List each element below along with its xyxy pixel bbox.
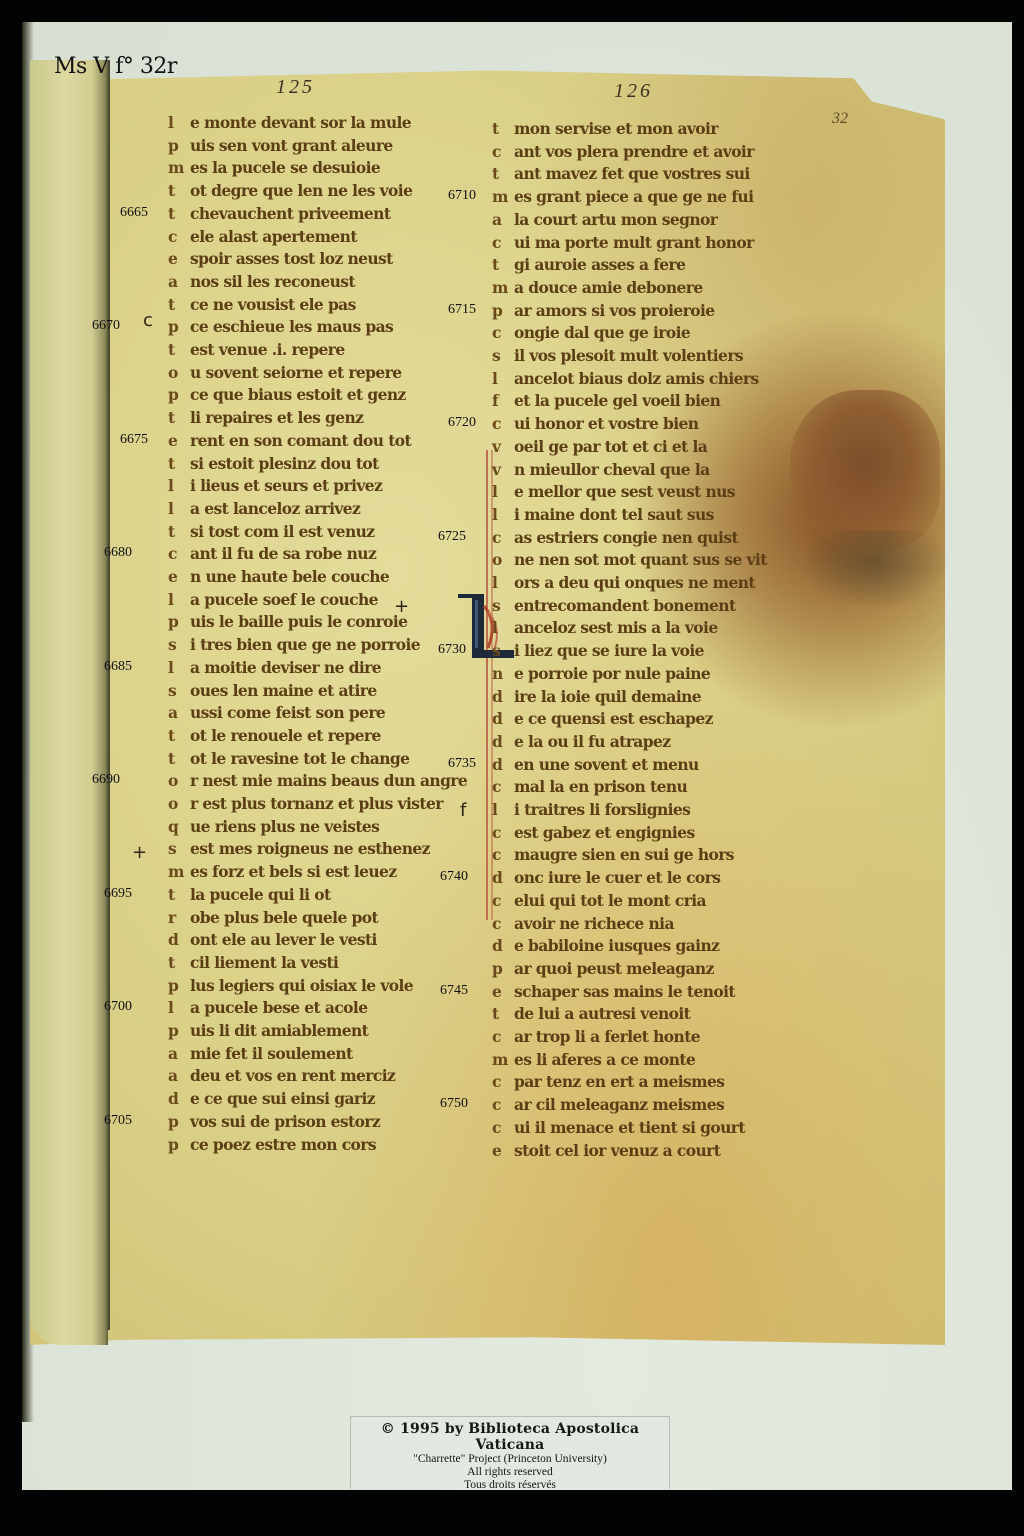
copyright-rights-en: All rights reserved: [351, 1466, 669, 1479]
verse-line: erent en son comant dou tot: [168, 430, 411, 452]
verse-line: tsi estoit plesinz dou tot: [168, 453, 379, 475]
verse-text: ongie dal que ge iroie: [514, 323, 690, 342]
verse-line: eschaper sas mains le tenoit: [492, 981, 735, 1003]
verse-initial: t: [492, 118, 514, 140]
verse-text: est gabez et engignies: [514, 823, 695, 842]
verse-line: tmon servise et mon avoir: [492, 118, 718, 140]
verse-line: sentrecomandent bonement: [492, 595, 736, 617]
verse-text: spoir asses tost loz neust: [190, 249, 393, 268]
verse-text: de lui a autresi venoit: [514, 1004, 690, 1023]
verse-initial: t: [168, 725, 190, 747]
verse-text: ire la ioie quil demaine: [514, 687, 701, 706]
verse-initial: t: [168, 180, 190, 202]
verse-initial: m: [168, 157, 190, 179]
verse-text: ors a deu qui onques ne ment: [514, 573, 755, 592]
verse-text: u sovent seiorne et repere: [190, 363, 402, 382]
verse-initial: t: [168, 339, 190, 361]
verse-line: or est plus tornanz et plus vister: [168, 793, 443, 815]
verse-initial: d: [492, 867, 514, 889]
verse-line: tsi tost com il est venuz: [168, 521, 375, 543]
verse-text: onc iure le cuer et le cors: [514, 868, 720, 887]
line-number: 6740: [440, 869, 468, 885]
verse-text: en une sovent et menu: [514, 755, 699, 774]
verse-text: a pucele bese et acole: [190, 998, 367, 1017]
verse-initial: v: [492, 436, 514, 458]
verse-initial: m: [492, 277, 514, 299]
verse-text: est mes roigneus ne esthenez: [190, 839, 430, 858]
verse-line: test venue .i. repere: [168, 339, 345, 361]
verse-text: ot degre que len ne les voie: [190, 181, 412, 200]
verse-line: puis sen vont grant aleure: [168, 135, 393, 157]
verse-text: ce que biaus estoit et genz: [190, 385, 406, 404]
verse-text: ce ne vousist ele pas: [190, 295, 356, 314]
verse-text: e ce que sui einsi gariz: [190, 1089, 375, 1108]
verse-line: plus legiers qui oisiax le vole: [168, 975, 413, 997]
verse-text: e la ou il fu atrapez: [514, 732, 670, 751]
verse-initial: l: [168, 498, 190, 520]
verse-line: voeil ge par tot et ci et la: [492, 436, 707, 458]
verse-text: uis sen vont grant aleure: [190, 136, 393, 155]
verse-line: tcil liement la vesti: [168, 952, 338, 974]
verse-line: cmal la en prison tenu: [492, 776, 687, 798]
verse-text: i tres bien que ge ne porroie: [190, 635, 420, 654]
verse-line: lancelot biaus dolz amis chiers: [492, 368, 759, 390]
verse-text: li repaires et les genz: [190, 408, 363, 427]
verse-initial: v: [492, 459, 514, 481]
verse-line: tce ne vousist ele pas: [168, 294, 356, 316]
verse-initial: p: [168, 611, 190, 633]
verse-text: e porroie por nule paine: [514, 664, 710, 683]
folio-corner-number: 32: [832, 110, 848, 128]
verse-line: la moitie deviser ne dire: [168, 657, 381, 679]
verse-initial: c: [492, 890, 514, 912]
verse-line: tla pucele qui li ot: [168, 884, 331, 906]
verse-initial: c: [492, 232, 514, 254]
line-number: 6685: [104, 659, 132, 675]
verse-line: mes grant piece a que ge ne fui: [492, 186, 753, 208]
verse-text: r nest mie mains beaus dun angre: [190, 771, 467, 790]
verse-initial: p: [168, 1134, 190, 1156]
verse-line: celui qui tot le mont cria: [492, 890, 706, 912]
verse-line: aussi come feist son pere: [168, 702, 385, 724]
verse-text: mie fet il soulement: [190, 1044, 353, 1063]
verse-line: tde lui a autresi venoit: [492, 1003, 690, 1025]
copyright-rights-fr: Tous droits réservés: [351, 1479, 669, 1492]
verse-initial: p: [168, 135, 190, 157]
verse-initial: l: [492, 504, 514, 526]
verse-text: ant vos plera prendre et avoir: [514, 142, 754, 161]
water-stain: [790, 390, 940, 550]
verse-line: en une haute bele couche: [168, 566, 389, 588]
verse-line: lanceloz sest mis a la voie: [492, 617, 718, 639]
verse-text: ussi come feist son pere: [190, 703, 385, 722]
verse-text: par tenz en ert a meismes: [514, 1072, 724, 1091]
verse-line: anos sil les reconeust: [168, 271, 355, 293]
stain-spots: [800, 530, 950, 610]
verse-initial: a: [492, 209, 514, 231]
verse-text: il vos plesoit mult volentiers: [514, 346, 743, 365]
verse-initial: m: [492, 186, 514, 208]
verse-text: ot le ravesine tot le change: [190, 749, 409, 768]
verse-initial: d: [492, 935, 514, 957]
verse-line: vn mieullor cheval que la: [492, 459, 710, 481]
verse-text: es la pucele se desuioie: [190, 158, 380, 177]
verse-initial: d: [492, 686, 514, 708]
margin-mark: +: [132, 842, 147, 863]
verse-text: a douce amie debonere: [514, 278, 703, 297]
verse-text: uis li dit amiablement: [190, 1021, 368, 1040]
verse-initial: d: [492, 708, 514, 730]
verse-text: la court artu mon segnor: [514, 210, 717, 229]
verse-line: amie fet il soulement: [168, 1043, 353, 1065]
verse-line: de ce que sui einsi gariz: [168, 1088, 375, 1110]
verse-initial: s: [492, 345, 514, 367]
verse-initial: m: [492, 1049, 514, 1071]
verse-line: puis le baille puis le conroie: [168, 611, 407, 633]
verse-text: ele alast apertement: [190, 227, 357, 246]
verse-line: la pucele soef le couche: [168, 589, 378, 611]
binding-fold-line: [108, 60, 110, 1330]
verse-text: deu et vos en rent merciz: [190, 1066, 395, 1085]
verse-initial: o: [492, 549, 514, 571]
line-number: 6680: [104, 545, 132, 561]
verse-line: tli repaires et les genz: [168, 407, 363, 429]
verse-initial: t: [168, 884, 190, 906]
verse-line: que riens plus ne veistes: [168, 816, 379, 838]
verse-line: puis li dit amiablement: [168, 1020, 368, 1042]
verse-initial: t: [168, 748, 190, 770]
verse-initial: p: [168, 316, 190, 338]
verse-initial: t: [492, 254, 514, 276]
verse-initial: c: [492, 1094, 514, 1116]
verse-initial: m: [168, 861, 190, 883]
verse-line: tant mavez fet que vostres sui: [492, 163, 750, 185]
verse-text: cil liement la vesti: [190, 953, 338, 972]
verse-line: cmaugre sien en sui ge hors: [492, 844, 734, 866]
margin-mark: f: [460, 800, 466, 821]
verse-text: lus legiers qui oisiax le vole: [190, 976, 413, 995]
verse-initial: c: [492, 776, 514, 798]
verse-text: e ce quensi est eschapez: [514, 709, 713, 728]
verse-line: fet la pucele gel voeil bien: [492, 390, 720, 412]
verse-initial: l: [492, 617, 514, 639]
verse-text: nos sil les reconeust: [190, 272, 355, 291]
verse-initial: o: [168, 793, 190, 815]
verse-text: es grant piece a que ge ne fui: [514, 187, 753, 206]
verse-initial: p: [168, 1020, 190, 1042]
verse-initial: c: [492, 1071, 514, 1093]
verse-line: mes la pucele se desuioie: [168, 157, 380, 179]
verse-line: cpar tenz en ert a meismes: [492, 1071, 724, 1093]
verse-text: ar amors si vos proieroie: [514, 301, 715, 320]
verse-text: i maine dont tel saut sus: [514, 505, 714, 524]
verse-initial: c: [492, 141, 514, 163]
rubric-rule: [486, 450, 488, 920]
margin-mark: c: [143, 310, 153, 331]
verse-text: ce eschieue les maus pas: [190, 317, 393, 336]
verse-text: ancelot biaus dolz amis chiers: [514, 369, 759, 388]
verse-text: ant il fu de sa robe nuz: [190, 544, 376, 563]
line-number: 6700: [104, 999, 132, 1015]
verse-text: mal la en prison tenu: [514, 777, 687, 796]
verse-line: den une sovent et menu: [492, 754, 699, 776]
verse-text: ar quoi peust meleaganz: [514, 959, 714, 978]
verse-line: robe plus bele quele pot: [168, 907, 378, 929]
verse-line: car cil meleaganz meismes: [492, 1094, 724, 1116]
verse-line: espoir asses tost loz neust: [168, 248, 393, 270]
copyright-title: © 1995 by Biblioteca Apostolica Vaticana: [351, 1421, 669, 1453]
verse-initial: c: [492, 1026, 514, 1048]
verse-text: i traitres li forslignies: [514, 800, 690, 819]
verse-initial: t: [168, 203, 190, 225]
verse-text: a pucele soef le couche: [190, 590, 378, 609]
verse-line: car trop li a ferlet honte: [492, 1026, 700, 1048]
verse-line: cant il fu de sa robe nuz: [168, 543, 376, 565]
verse-initial: p: [492, 958, 514, 980]
verse-text: oeil ge par tot et ci et la: [514, 437, 707, 456]
verse-initial: c: [168, 543, 190, 565]
verse-line: si tres bien que ge ne porroie: [168, 634, 420, 656]
verse-text: ne nen sot mot quant sus se vit: [514, 550, 767, 569]
page-number-right: 126: [614, 80, 653, 103]
verse-text: a moitie deviser ne dire: [190, 658, 381, 677]
verse-line: le monte devant sor la mule: [168, 112, 411, 134]
verse-text: maugre sien en sui ge hors: [514, 845, 734, 864]
verse-line: ou sovent seiorne et repere: [168, 362, 402, 384]
verse-text: stoit cel ior venuz a court: [514, 1141, 720, 1160]
verse-line: pvos sui de prison estorz: [168, 1111, 380, 1133]
verse-line: ne porroie por nule paine: [492, 663, 710, 685]
verse-text: n mieullor cheval que la: [514, 460, 710, 479]
verse-text: est venue .i. repere: [190, 340, 345, 359]
verse-initial: d: [168, 1088, 190, 1110]
verse-text: es li aferes a ce monte: [514, 1050, 695, 1069]
line-number: 6730: [438, 642, 466, 658]
verse-text: uis le baille puis le conroie: [190, 612, 407, 631]
copyright-label: © 1995 by Biblioteca Apostolica Vaticana…: [350, 1416, 670, 1489]
line-number: 6715: [448, 302, 476, 318]
verse-text: chevauchent priveement: [190, 204, 390, 223]
verse-initial: p: [168, 1111, 190, 1133]
verse-line: cest gabez et engignies: [492, 822, 695, 844]
verse-text: ui ma porte mult grant honor: [514, 233, 754, 252]
verse-line: mes li aferes a ce monte: [492, 1049, 695, 1071]
verse-line: donc iure le cuer et le cors: [492, 867, 720, 889]
verse-initial: l: [492, 368, 514, 390]
verse-text: i lieus et seurs et privez: [190, 476, 382, 495]
verse-initial: e: [168, 566, 190, 588]
verse-text: elui qui tot le mont cria: [514, 891, 706, 910]
verse-text: mon servise et mon avoir: [514, 119, 718, 138]
verse-initial: s: [168, 634, 190, 656]
verse-initial: l: [492, 481, 514, 503]
verse-text: gi auroie asses a fere: [514, 255, 685, 274]
verse-initial: a: [168, 1065, 190, 1087]
verse-initial: d: [492, 754, 514, 776]
verse-line: li lieus et seurs et privez: [168, 475, 382, 497]
verse-line: de babiloine iusques gainz: [492, 935, 719, 957]
line-number: 6725: [438, 529, 466, 545]
verse-line: tot le renouele et repere: [168, 725, 381, 747]
line-number: 6745: [440, 983, 468, 999]
verse-initial: e: [492, 981, 514, 1003]
verse-initial: s: [168, 838, 190, 860]
verse-line: pce eschieue les maus pas: [168, 316, 393, 338]
verse-line: ma douce amie debonere: [492, 277, 703, 299]
verse-line: cui ma porte mult grant honor: [492, 232, 754, 254]
verse-text: la pucele qui li ot: [190, 885, 331, 904]
verse-line: dire la ioie quil demaine: [492, 686, 701, 708]
verse-initial: l: [168, 657, 190, 679]
copyright-project: "Charrette" Project (Princeton Universit…: [351, 1453, 669, 1466]
verse-line: cui il menace et tient si gourt: [492, 1117, 745, 1139]
verse-initial: t: [168, 521, 190, 543]
verse-text: a est lanceloz arrivez: [190, 499, 360, 518]
verse-initial: f: [492, 390, 514, 412]
binding-gutter: [30, 60, 108, 1345]
verse-line: soues len maine et atire: [168, 680, 377, 702]
verse-text: r est plus tornanz et plus vister: [190, 794, 443, 813]
verse-initial: l: [168, 997, 190, 1019]
verse-initial: e: [168, 430, 190, 452]
verse-initial: a: [168, 1043, 190, 1065]
verse-initial: o: [168, 770, 190, 792]
verse-text: rent en son comant dou tot: [190, 431, 411, 450]
verse-text: ont ele au lever le vesti: [190, 930, 377, 949]
verse-text: ui il menace et tient si gourt: [514, 1118, 745, 1137]
verse-line: de ce quensi est eschapez: [492, 708, 713, 730]
verse-initial: d: [492, 731, 514, 753]
verse-initial: c: [492, 913, 514, 935]
verse-line: li maine dont tel saut sus: [492, 504, 714, 526]
verse-initial: c: [492, 413, 514, 435]
verse-initial: q: [168, 816, 190, 838]
verse-initial: p: [168, 384, 190, 406]
verse-line: sest mes roigneus ne esthenez: [168, 838, 430, 860]
verse-initial: d: [168, 929, 190, 951]
verse-text: ue riens plus ne veistes: [190, 817, 379, 836]
verse-initial: c: [492, 527, 514, 549]
verse-initial: p: [492, 300, 514, 322]
verse-text: ot le renouele et repere: [190, 726, 381, 745]
verse-line: ala court artu mon segnor: [492, 209, 717, 231]
verse-line: or nest mie mains beaus dun angre: [168, 770, 467, 792]
verse-initial: t: [168, 952, 190, 974]
verse-initial: t: [168, 453, 190, 475]
verse-line: par amors si vos proieroie: [492, 300, 715, 322]
verse-initial: s: [492, 595, 514, 617]
verse-initial: l: [492, 572, 514, 594]
verse-line: pce que biaus estoit et genz: [168, 384, 406, 406]
line-number: 6670: [92, 318, 120, 334]
verse-line: dont ele au lever le vesti: [168, 929, 377, 951]
verse-text: e monte devant sor la mule: [190, 113, 411, 132]
verse-text: e babiloine iusques gainz: [514, 936, 719, 955]
verse-line: li traitres li forslignies: [492, 799, 690, 821]
line-number: 6695: [104, 886, 132, 902]
verse-initial: l: [492, 799, 514, 821]
folio-label: Ms V f° 32r: [54, 54, 177, 79]
verse-text: es forz et bels si est leuez: [190, 862, 397, 881]
verse-initial: c: [492, 844, 514, 866]
verse-text: ce poez estre mon cors: [190, 1135, 376, 1154]
page-number-left: 125: [276, 76, 315, 99]
verse-text: anceloz sest mis a la voie: [514, 618, 718, 637]
verse-text: et la pucele gel voeil bien: [514, 391, 720, 410]
verse-line: tot degre que len ne les voie: [168, 180, 412, 202]
verse-text: obe plus bele quele pot: [190, 908, 378, 927]
verse-initial: e: [492, 1140, 514, 1162]
verse-initial: c: [168, 226, 190, 248]
verse-line: la pucele bese et acole: [168, 997, 367, 1019]
line-number: 6675: [120, 432, 148, 448]
verse-line: de la ou il fu atrapez: [492, 731, 670, 753]
verse-initial: o: [168, 362, 190, 384]
verse-line: cant vos plera prendre et avoir: [492, 141, 754, 163]
verse-line: tot le ravesine tot le change: [168, 748, 409, 770]
verse-initial: c: [492, 322, 514, 344]
verse-initial: l: [168, 112, 190, 134]
verse-line: par quoi peust meleaganz: [492, 958, 714, 980]
verse-line: sil vos plesoit mult volentiers: [492, 345, 743, 367]
verse-text: i liez que se iure la voie: [514, 641, 704, 660]
verse-text: oues len maine et atire: [190, 681, 377, 700]
verse-initial: t: [168, 294, 190, 316]
verse-initial: t: [492, 163, 514, 185]
verse-text: e mellor que sest veust nus: [514, 482, 735, 501]
verse-line: le mellor que sest veust nus: [492, 481, 735, 503]
verse-initial: r: [168, 907, 190, 929]
verse-text: ui honor et vostre bien: [514, 414, 698, 433]
verse-line: tgi auroie asses a fere: [492, 254, 685, 276]
line-number: 6720: [448, 415, 476, 431]
verse-initial: t: [168, 407, 190, 429]
line-number: 6750: [440, 1096, 468, 1112]
line-number: 6705: [104, 1113, 132, 1129]
verse-initial: c: [492, 822, 514, 844]
line-number: 6690: [92, 772, 120, 788]
verse-line: one nen sot mot quant sus se vit: [492, 549, 767, 571]
verse-text: vos sui de prison estorz: [190, 1112, 380, 1131]
verse-text: ar cil meleaganz meismes: [514, 1095, 724, 1114]
verse-line: la est lanceloz arrivez: [168, 498, 360, 520]
verse-initial: a: [168, 702, 190, 724]
verse-initial: c: [492, 1117, 514, 1139]
verse-initial: e: [168, 248, 190, 270]
verse-line: mes forz et bels si est leuez: [168, 861, 397, 883]
verse-line: cavoir ne richece nia: [492, 913, 674, 935]
verse-line: pce poez estre mon cors: [168, 1134, 376, 1156]
verse-initial: a: [168, 271, 190, 293]
verse-text: ant mavez fet que vostres sui: [514, 164, 750, 183]
verse-line: cui honor et vostre bien: [492, 413, 698, 435]
line-number: 6735: [448, 756, 476, 772]
verse-text: as estriers congie nen quist: [514, 528, 738, 547]
verse-line: si liez que se iure la voie: [492, 640, 704, 662]
verse-text: entrecomandent bonement: [514, 596, 736, 615]
verse-initial: l: [168, 589, 190, 611]
verse-initial: p: [168, 975, 190, 997]
verse-line: cele alast apertement: [168, 226, 357, 248]
verse-line: estoit cel ior venuz a court: [492, 1140, 720, 1162]
verse-initial: t: [492, 1003, 514, 1025]
verse-initial: s: [168, 680, 190, 702]
line-number: 6710: [448, 188, 476, 204]
verse-text: schaper sas mains le tenoit: [514, 982, 735, 1001]
verse-line: congie dal que ge iroie: [492, 322, 690, 344]
verse-line: lors a deu qui onques ne ment: [492, 572, 755, 594]
verse-line: adeu et vos en rent merciz: [168, 1065, 395, 1087]
